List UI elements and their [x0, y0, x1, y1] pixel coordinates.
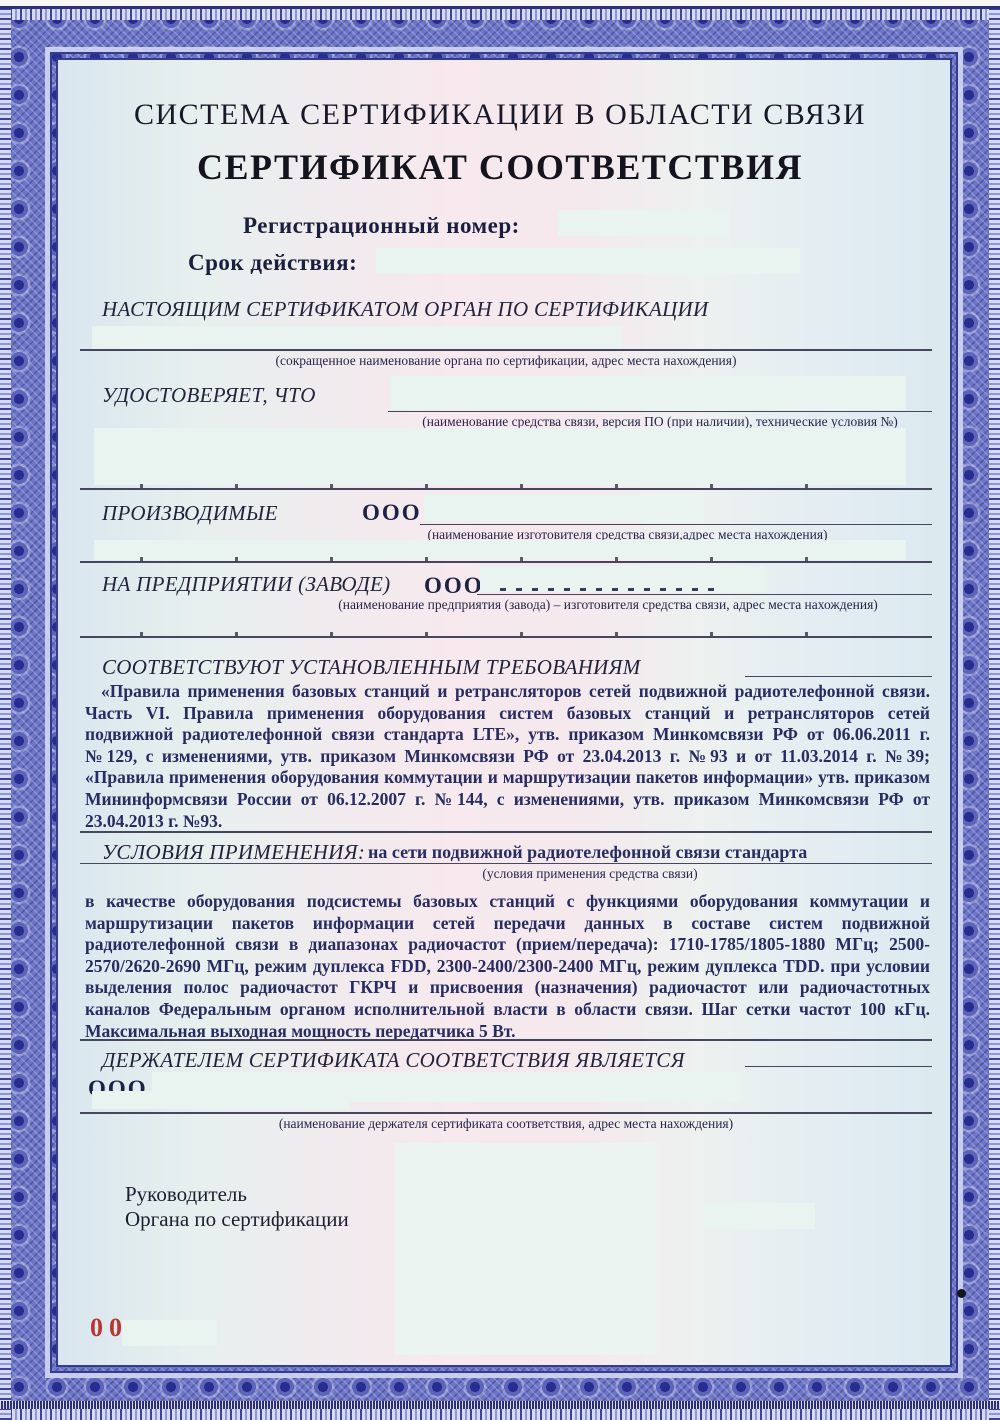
validity-redaction — [376, 248, 800, 274]
signature-area-redaction — [395, 1143, 657, 1355]
authority-redaction — [92, 326, 622, 349]
factory-line — [477, 594, 932, 595]
validity-label: Срок действия: — [188, 250, 357, 276]
authority-line — [80, 349, 932, 351]
produced-redaction — [424, 494, 704, 522]
equipment-block-redaction — [94, 428, 906, 485]
signature-title-line2: Органа по сертификации — [125, 1207, 349, 1232]
certificate-scan: СИСТЕМА СЕРТИФИКАЦИИ В ОБЛАСТИ СВЯЗИ СЕР… — [0, 0, 1000, 1420]
system-title: СИСТЕМА СЕРТИФИКАЦИИ В ОБЛАСТИ СВЯЗИ — [0, 98, 1000, 132]
usage-heading: УСЛОВИЯ ПРИМЕНЕНИЯ: — [102, 840, 365, 865]
conformity-line — [745, 676, 932, 677]
separator-line-3 — [80, 636, 932, 638]
registration-number-label: Регистрационный номер: — [243, 213, 520, 239]
separator-line-5 — [80, 1039, 932, 1041]
factory-caption: (наименование предприятия (завода) – изг… — [310, 597, 906, 613]
document-title: СЕРТИФИКАТ СООТВЕТСТВИЯ — [0, 146, 1000, 188]
holder-heading: ДЕРЖАТЕЛЕМ СЕРТИФИКАТА СООТВЕТСТВИЯ ЯВЛЯ… — [102, 1048, 685, 1073]
conformity-heading: СООТВЕТСТВУЮТ УСТАНОВЛЕННЫМ ТРЕБОВАНИЯМ — [102, 655, 641, 680]
equipment-redaction — [390, 376, 906, 410]
factory-value: ООО — [424, 573, 484, 599]
certificate-content: СИСТЕМА СЕРТИФИКАЦИИ В ОБЛАСТИ СВЯЗИ СЕР… — [0, 0, 1000, 1420]
redacted-text-remnants — [500, 588, 715, 591]
signature-title-line1: Руководитель — [125, 1182, 247, 1207]
produced-label: ПРОИЗВОДИМЫЕ — [102, 501, 278, 526]
ink-dot-artifact — [957, 1289, 966, 1298]
holder-line — [80, 1112, 932, 1114]
separator-line-2 — [80, 561, 932, 563]
certifies-label: УДОСТОВЕРЯЕТ, ЧТО — [102, 383, 316, 408]
producer-line — [420, 524, 932, 525]
usage-line — [80, 863, 932, 864]
authority-heading: НАСТОЯЩИМ СЕРТИФИКАТОМ ОРГАН ПО СЕРТИФИК… — [102, 297, 708, 322]
page-number-redaction — [122, 1320, 217, 1346]
requirements-paragraph: «Правила применения базовых станций и ре… — [85, 681, 930, 832]
authority-caption: (сокращенное наименование органа по серт… — [80, 353, 932, 369]
holder-caption: (наименование держателя сертификата соот… — [80, 1116, 932, 1132]
holder-line-right — [745, 1066, 932, 1067]
registration-number-redaction — [558, 210, 730, 236]
usage-paragraph: в качестве оборудования подсистемы базов… — [85, 891, 930, 1042]
stamp-area-redaction — [703, 1203, 815, 1229]
factory-label: НА ПРЕДПРИЯТИИ (ЗАВОДЕ) — [102, 572, 390, 597]
usage-caption: (условия применения средства связи) — [390, 866, 790, 882]
equipment-line — [388, 411, 932, 412]
produced-value: ООО — [362, 500, 422, 526]
holder-redaction-2 — [92, 1091, 350, 1109]
separator-line-1 — [80, 488, 932, 490]
separator-line-4 — [80, 831, 932, 833]
usage-value: на сети подвижной радиотелефонной связи … — [368, 842, 807, 863]
